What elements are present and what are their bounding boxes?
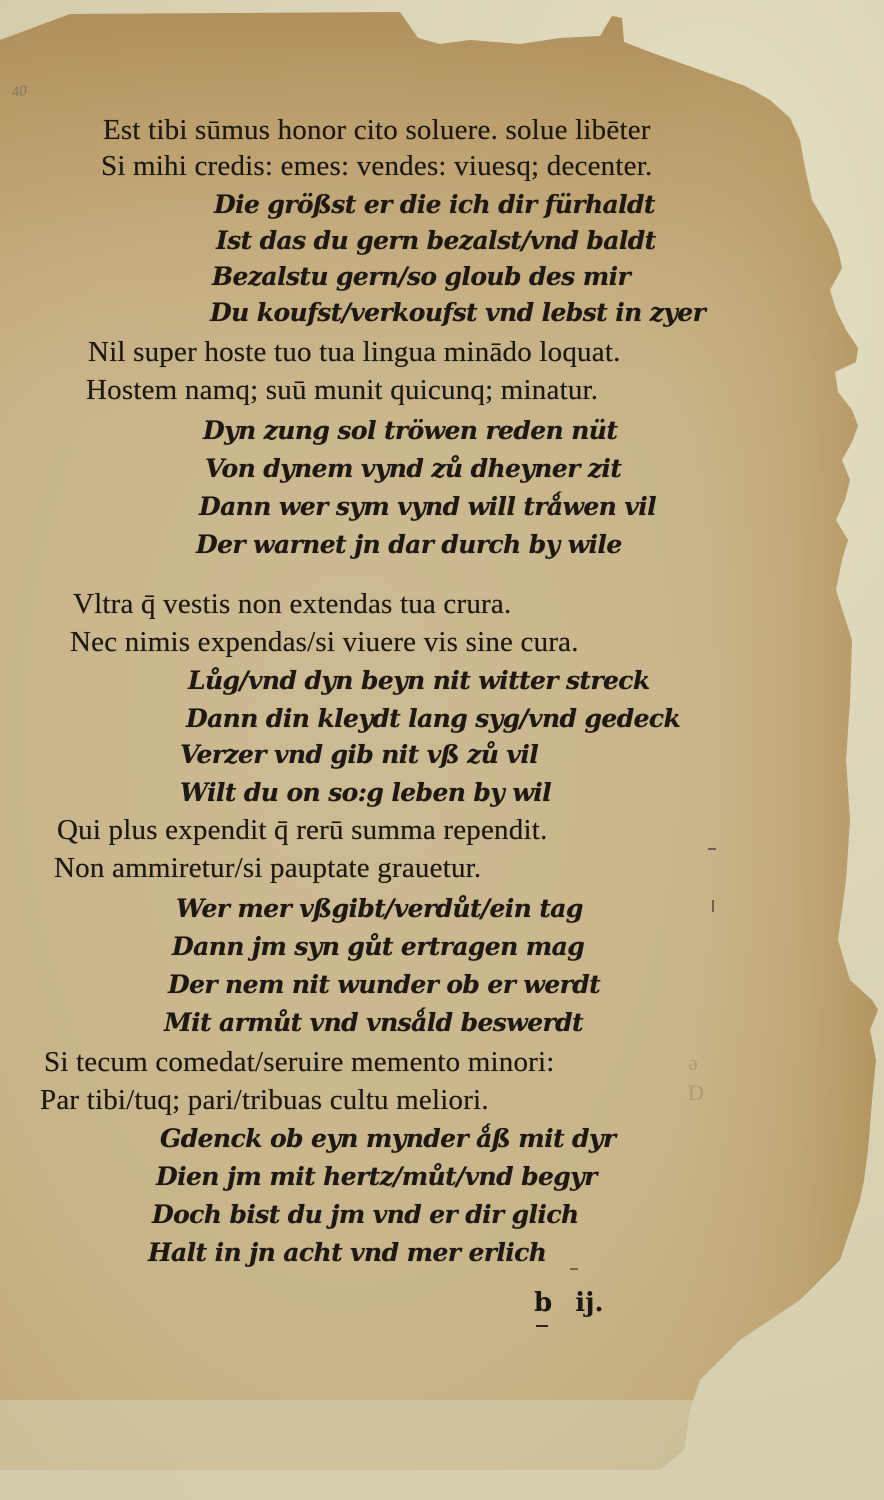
folio-number: 40 [11, 83, 28, 102]
german-line: Lůg/vnd dyn beyn nit witter streck [188, 668, 650, 693]
german-line: Dann jm syn gůt ertragen mag [172, 934, 584, 959]
german-line: Dyn zung sol tröwen reden nüt [203, 418, 617, 443]
stray-mark [712, 900, 714, 912]
latin-line: Si mihi credis: emes: vendes: viuesq; de… [101, 152, 652, 181]
german-line: Dann din kleydt lang syg/vnd gedeck [186, 706, 680, 731]
german-line: Wer mer vßgibt/verdůt/ein tag [176, 896, 583, 921]
german-line: Gdenck ob eyn mynder ǻß mit dyr [160, 1126, 615, 1151]
german-line: Halt in jn acht vnd mer erlich [148, 1240, 546, 1265]
latin-line: Nil super hoste tuo tua lingua minādo lo… [88, 338, 621, 367]
german-line: Der nem nit wunder ob er werdt [168, 972, 600, 997]
latin-line: Hostem namq; suū munit quicunq; minatur. [86, 376, 598, 405]
german-line: Doch bist du jm vnd er dir glich [152, 1202, 579, 1227]
stray-mark [570, 1268, 578, 1270]
latin-line: Vltra q̄ vestis non extendas tua crura. [73, 590, 511, 619]
latin-line: Si tecum comedat/seruire memento minori: [44, 1048, 555, 1077]
german-line: Dien jm mit hertz/můt/vnd begyr [156, 1164, 597, 1189]
latin-line: Par tibi/tuq; pari/tribuas cultu meliori… [40, 1086, 489, 1115]
german-line: Von dynem vynd zů dheyner zit [205, 456, 621, 481]
latin-line: Qui plus expendit q̄ rerū summa rependit… [57, 816, 547, 845]
stray-mark [708, 848, 716, 850]
german-line: Der warnet jn dar durch by wile [196, 532, 622, 557]
german-line: Die größst er die ich dir fürhaldt [214, 192, 655, 217]
signature-mark: b ij. [534, 1288, 604, 1318]
signature-rule [536, 1325, 548, 1327]
german-line: Dann wer sym vynd will trǻwen vil [199, 494, 656, 519]
show-through-mark: D [688, 1080, 704, 1106]
german-line: Mit armůt vnd vnsǻld beswerdt [164, 1010, 583, 1035]
german-line: Wilt du on so:g leben by wil [180, 780, 551, 805]
german-line: Bezalstu gern/so gloub des mir [212, 264, 630, 289]
german-line: Verzer vnd gib nit vß zů vil [180, 742, 538, 767]
latin-line: Non ammiretur/si pauptate grauetur. [54, 854, 481, 883]
german-line: Ist das du gern bezalst/vnd baldt [216, 228, 656, 253]
german-line: Du koufst/verkoufst vnd lebst in zyer [210, 300, 705, 325]
latin-line: Nec nimis expendas/si viuere vis sine cu… [70, 628, 579, 657]
show-through-mark: ǝ [688, 1050, 698, 1076]
latin-line: Est tibi sūmus honor cito soluere. solue… [103, 116, 651, 145]
